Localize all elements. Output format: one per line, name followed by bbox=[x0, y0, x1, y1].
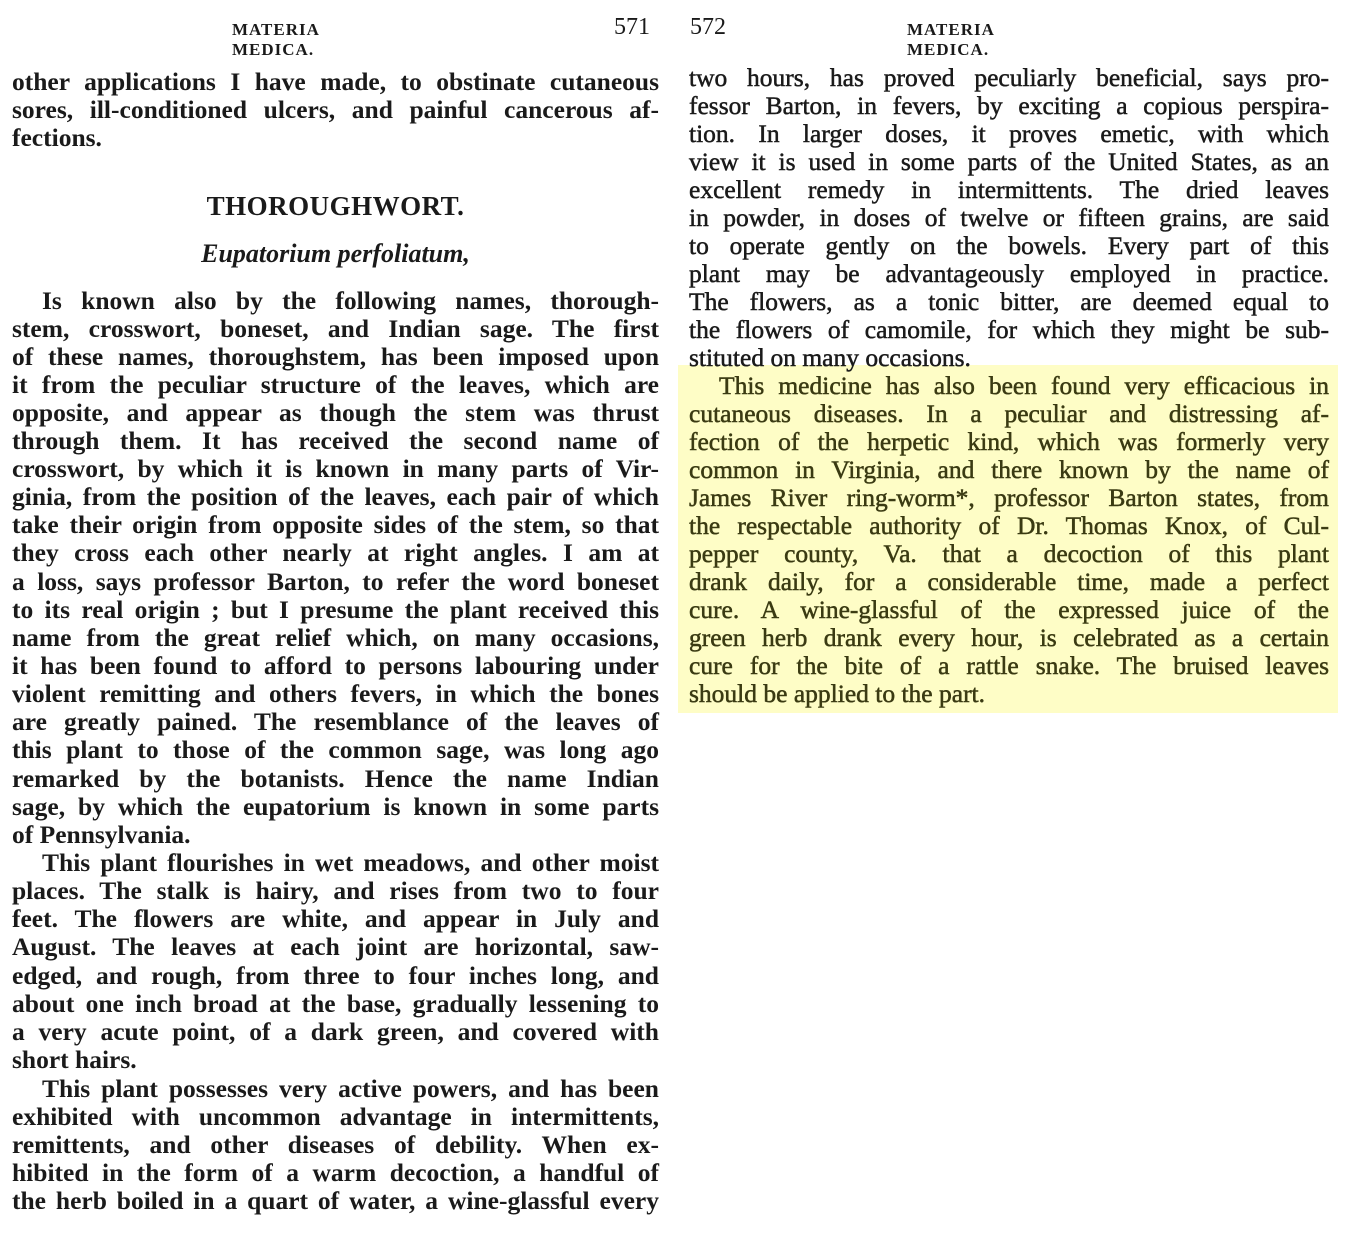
latin-name: Eupatorium perfoliatum, bbox=[12, 240, 659, 268]
text-line: name from the great relief which, on man… bbox=[12, 624, 659, 652]
text-line: a loss, says professor Barton, to refer … bbox=[12, 568, 659, 596]
text-line: opposite, and appear as though the stem … bbox=[12, 399, 659, 427]
text-line: fections. bbox=[12, 124, 659, 152]
highlighted-line: fection of the herpetic kind, which was … bbox=[689, 428, 1329, 456]
text-line: exhibited with uncommon advantage in int… bbox=[12, 1103, 659, 1131]
text-line: view it is used in some parts of the Uni… bbox=[689, 148, 1329, 176]
page-number: 571 bbox=[614, 14, 650, 41]
text-line: to operate gently on the bowels. Every p… bbox=[689, 232, 1329, 260]
text-line: are greatly pained. The resemblance of t… bbox=[12, 708, 659, 736]
highlighted-line: cutaneous diseases. In a peculiar and di… bbox=[689, 400, 1329, 428]
text-line: violent remitting and others fevers, in … bbox=[12, 680, 659, 708]
text-line: other applications I have made, to obsti… bbox=[12, 68, 659, 96]
highlighted-line: common in Virginia, and there known by t… bbox=[689, 456, 1329, 484]
running-title: MATERIA MEDICA. bbox=[232, 20, 319, 60]
highlighted-line: This medicine has also been found very e… bbox=[689, 372, 1329, 400]
text-line: August. The leaves at each joint are hor… bbox=[12, 933, 659, 961]
text-line: The flowers, as a tonic bitter, are deem… bbox=[689, 288, 1329, 316]
text-line: stem, crosswort, boneset, and Indian sag… bbox=[12, 315, 659, 343]
text-line: edged, and rough, from three to four inc… bbox=[12, 962, 659, 990]
running-title: MATERIA MEDICA. bbox=[907, 20, 994, 60]
text-line: plant may be advantageously employed in … bbox=[689, 260, 1329, 288]
highlighted-line: should be applied to the part. bbox=[689, 680, 1329, 708]
page-number: 572 bbox=[690, 14, 726, 41]
text-line: short hairs. bbox=[12, 1046, 659, 1074]
text-line: the flowers of camomile, for which they … bbox=[689, 316, 1329, 344]
text-line: through them. It has received the second… bbox=[12, 427, 659, 455]
text-line: remarked by the botanists. Hence the nam… bbox=[12, 765, 659, 793]
text-line: This plant possesses very active powers,… bbox=[12, 1075, 659, 1103]
text-line: feet. The flowers are white, and appear … bbox=[12, 905, 659, 933]
text-line: sores, ill-conditioned ulcers, and painf… bbox=[12, 96, 659, 124]
highlighted-line: James River ring-worm*, professor Barton… bbox=[689, 484, 1329, 512]
text-line: two hours, has proved peculiarly benefic… bbox=[689, 64, 1329, 92]
highlighted-line: green herb drank every hour, is celebrat… bbox=[689, 624, 1329, 652]
highlighted-line: the respectable authority of Dr. Thomas … bbox=[689, 512, 1329, 540]
text-line: hibited in the form of a warm decoction,… bbox=[12, 1159, 659, 1187]
text-line: sage, by which the eupatorium is known i… bbox=[12, 793, 659, 821]
text-line: take their origin from opposite sides of… bbox=[12, 511, 659, 539]
text-line: crosswort, by which it is known in many … bbox=[12, 455, 659, 483]
text-line: this plant to those of the common sage, … bbox=[12, 736, 659, 764]
text-line: they cross each other nearly at right an… bbox=[12, 539, 659, 567]
highlighted-line: drank daily, for a considerable time, ma… bbox=[689, 568, 1329, 596]
text-line: stituted on many occasions. bbox=[689, 344, 1329, 372]
text-line: of these names, thoroughstem, has been i… bbox=[12, 343, 659, 371]
highlighted-line: cure for the bite of a rattle snake. The… bbox=[689, 652, 1329, 680]
text-line: places. The stalk is hairy, and rises fr… bbox=[12, 877, 659, 905]
text-line: it has been found to afford to persons l… bbox=[12, 652, 659, 680]
text-line: excellent remedy in intermittents. The d… bbox=[689, 176, 1329, 204]
section-heading: THOROUGHWORT. bbox=[12, 192, 659, 220]
text-line: This plant flourishes in wet meadows, an… bbox=[12, 849, 659, 877]
text-line: tion. In larger doses, it proves emetic,… bbox=[689, 120, 1329, 148]
text-line: of Pennsylvania. bbox=[12, 821, 659, 849]
highlighted-line: pepper county, Va. that a decoction of t… bbox=[689, 540, 1329, 568]
highlighted-line: cure. A wine-glassful of the expressed j… bbox=[689, 596, 1329, 624]
text-line: fessor Barton, in fevers, by exciting a … bbox=[689, 92, 1329, 120]
text-line: it from the peculiar structure of the le… bbox=[12, 371, 659, 399]
text-line: in powder, in doses of twelve or fifteen… bbox=[689, 204, 1329, 232]
text-line: ginia, from the position of the leaves, … bbox=[12, 483, 659, 511]
text-line: to its real origin ; but I presume the p… bbox=[12, 596, 659, 624]
text-line: about one inch broad at the base, gradua… bbox=[12, 990, 659, 1018]
text-line: Is known also by the following names, th… bbox=[12, 287, 659, 315]
text-line: remittents, and other diseases of debili… bbox=[12, 1131, 659, 1159]
text-line: the herb boiled in a quart of water, a w… bbox=[12, 1187, 659, 1215]
text-line: a very acute point, of a dark green, and… bbox=[12, 1018, 659, 1046]
